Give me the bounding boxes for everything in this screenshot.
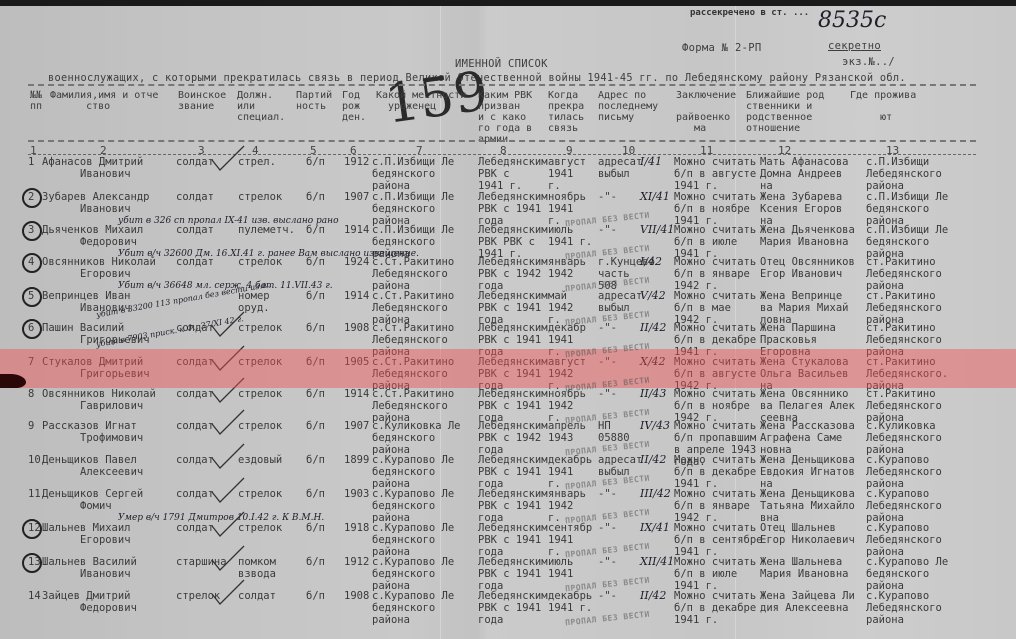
cell-live: с.Куликовка Лебедянского района xyxy=(866,420,942,456)
circled-row-number xyxy=(22,188,42,208)
checkmark-icon xyxy=(208,442,248,472)
cell-rvk: Лебедянским РВК с 1941 года xyxy=(478,356,548,392)
cell-party: б/п xyxy=(306,290,325,302)
cell-year: 1914 xyxy=(344,388,369,400)
handwritten-date-mark: XII/41 xyxy=(640,556,674,568)
cell-name1: Афанасов Дмитрий xyxy=(42,156,143,168)
cell-n: 14 xyxy=(28,590,41,602)
cell-addr: -"- xyxy=(598,191,617,203)
cell-party: б/п xyxy=(306,356,325,368)
declassified-stamp: рассекречено в ст. ... xyxy=(690,8,809,18)
cell-name2: Гаврилович xyxy=(80,400,143,412)
cell-rank: солдат xyxy=(176,224,214,236)
form-label: Форма № 2-РП xyxy=(682,42,761,54)
col-header-6: Год рож ден. xyxy=(342,90,366,123)
cell-party: б/п xyxy=(306,590,325,602)
cell-relative: Жена Овсяннико ва Пелагея Алек сеевна xyxy=(760,388,855,424)
cell-rvk: Лебедянским РВК с 1941 г. xyxy=(478,156,548,192)
handwritten-date-mark: X/42 xyxy=(640,356,666,368)
cell-party: б/п xyxy=(306,322,325,334)
cell-live: ст.Ракитино Лебедянского района xyxy=(866,322,942,358)
cell-lost: июль 1941 xyxy=(548,556,573,580)
cell-live: с.Курапово Лебедянского района xyxy=(866,590,942,626)
col-header-2: Фамилия,имя и отче ство xyxy=(50,90,158,112)
cell-origin: с.Ст.Ракитино Лебедянского района xyxy=(372,290,454,326)
col-header-5: Партий ность xyxy=(296,90,332,112)
col-header-11: Заключение райвоенко ма xyxy=(676,90,736,134)
handwritten-date-mark: IX/41 xyxy=(640,522,670,534)
cell-origin: с.П.Избищи Ле бедянского района xyxy=(372,156,454,192)
cell-relative: Отец Шальнев Егор Николаевич xyxy=(760,522,855,546)
cell-addr: -"- xyxy=(598,224,617,236)
cell-party: б/п xyxy=(306,256,325,268)
cell-concl: Можно считать б/п в ноябре 1942 г. xyxy=(674,388,756,424)
cell-year: 1908 xyxy=(344,322,369,334)
cell-rvk: Лебедянским РВК РВК с 1941 г. xyxy=(478,224,548,260)
cell-relative: Жена Вепринце ва Мария Михай ловна xyxy=(760,290,849,326)
torn-edge xyxy=(0,374,26,388)
cell-year: 1899 xyxy=(344,454,369,466)
circled-row-number xyxy=(22,221,42,241)
cell-n: 7 xyxy=(28,356,34,368)
cell-party: б/п xyxy=(306,420,325,432)
cell-live: ст.Ракитино Лебедянского района xyxy=(866,256,942,292)
divider-line xyxy=(28,140,976,142)
handwritten-date-mark: I/41 xyxy=(640,156,662,168)
secrecy-label: секретно xyxy=(828,40,881,52)
cell-concl: Можно считать б/п в июле 1941 г. xyxy=(674,556,756,592)
cell-relative: Отец Овсянников Егор Иванович xyxy=(760,256,855,280)
cell-origin: с.Курапово Ле бедянского района xyxy=(372,522,454,558)
cell-live: с.Курапово Лебедянского района xyxy=(866,522,942,558)
cell-year: 1903 xyxy=(344,488,369,500)
cell-party: б/п xyxy=(306,156,325,168)
cell-n: 9 xyxy=(28,420,34,432)
cell-party: б/п xyxy=(306,556,325,568)
checkmark-icon xyxy=(208,544,248,574)
col-header-3: Воинское звание xyxy=(178,90,226,112)
cell-concl: Можно считать б/п в августе 1941 г. xyxy=(674,156,756,192)
handwritten-date-mark: IV/43 xyxy=(640,420,670,432)
cell-addr: -"- xyxy=(598,522,617,534)
cell-live: с.Курапово Лебедянского района xyxy=(866,454,942,490)
cell-n: 1 xyxy=(28,156,34,168)
cell-name2: Федорович xyxy=(80,236,137,248)
cell-concl: Можно считать б/п в августе 1942 г. xyxy=(674,356,756,392)
cell-name2: Федорович xyxy=(80,602,137,614)
cell-origin: с.Курапово Ле бедянского района xyxy=(372,454,454,490)
cell-rank: солдат xyxy=(176,256,214,268)
col-header-4: Должн. или специал. xyxy=(237,90,285,123)
cell-origin: с.Ст.Ракитино Лебедянского района xyxy=(372,322,454,358)
cell-relative: Мать Афанасова Домна Андреев на xyxy=(760,156,849,192)
cell-concl: Можно считать б/п в декабре 1941 г. xyxy=(674,322,756,358)
cell-name1: Овсянников Николай xyxy=(42,388,156,400)
cell-addr: адресат выбыл xyxy=(598,156,642,180)
cell-origin: с.П.Избищи Ле бедянского района xyxy=(372,191,454,227)
document-sheet: рассекречено в ст. ... 8535с Форма № 2-Р… xyxy=(0,6,1016,639)
cell-name1: Деньщиков Сергей xyxy=(42,488,143,500)
col-header-8: Каким РВК призван и с како го года в арм… xyxy=(478,90,532,145)
cell-party: б/п xyxy=(306,388,325,400)
cell-relative: Жена Рассказова Аграфена Саме новна xyxy=(760,420,855,456)
cell-origin: с.Курапово Ле бедянского района xyxy=(372,488,454,524)
handwritten-date-mark: V/42 xyxy=(640,290,666,302)
cell-name2: Иванович xyxy=(80,168,131,180)
cell-relative: Жена Деньщикова Евдокия Игнатов на xyxy=(760,454,855,490)
checkmark-icon xyxy=(208,476,248,506)
circled-row-number xyxy=(22,519,42,539)
cell-live: ст.Ракитино Лебедянского района xyxy=(866,388,942,424)
handwritten-date-mark: II/42 xyxy=(640,454,666,466)
col-header-9: Когда прекра тилась связь xyxy=(548,90,584,134)
cell-rvk: Лебедянским РВК с 1941 года xyxy=(478,191,548,227)
handwritten-date-mark: II/42 xyxy=(640,590,666,602)
cell-party: б/п xyxy=(306,454,325,466)
handwritten-archive-number: 8535с xyxy=(818,8,886,33)
checkmark-icon xyxy=(208,578,248,608)
cell-name1: Шальнев Михаил xyxy=(42,522,131,534)
cell-addr: -"- xyxy=(598,388,617,400)
col-header-13: Где прожива ют xyxy=(850,90,916,123)
cell-rvk: Лебедянским РВК с 1942 года xyxy=(478,420,548,456)
checkmark-icon xyxy=(208,510,248,540)
cell-name1: Стукалов Дмитрий xyxy=(42,356,143,368)
cell-name1: Рассказов Игнат xyxy=(42,420,137,432)
divider-line xyxy=(28,154,976,155)
cell-rvk: Лебедянским РВК с 1941 года xyxy=(478,522,548,558)
col-header-7: Какой местности уроженец xyxy=(376,90,466,112)
checkmark-icon xyxy=(208,310,248,340)
circled-row-number xyxy=(22,319,42,339)
col-header-12: Ближайшие род ственники и родственное от… xyxy=(746,90,824,134)
cell-year: 1905 xyxy=(344,356,369,368)
cell-year: 1907 xyxy=(344,420,369,432)
cell-role: стрелок xyxy=(238,191,282,203)
cell-name1: Зайцев Дмитрий xyxy=(42,590,131,602)
cell-n: 11 xyxy=(28,488,41,500)
cell-addr: -"- xyxy=(598,488,617,500)
cell-relative: Жена Деньщикова Татьяна Михайло вна xyxy=(760,488,855,524)
cell-addr: -"- xyxy=(598,590,617,602)
cell-n: 10 xyxy=(28,454,41,466)
cell-year: 1914 xyxy=(344,290,369,302)
cell-relative: Жена Паршина Прасковья Егоровна xyxy=(760,322,836,358)
cell-addr: -"- xyxy=(598,356,617,368)
cell-role: стрелок xyxy=(238,256,282,268)
cell-name2: Фомич xyxy=(80,500,112,512)
cell-name2: Иванович xyxy=(80,568,131,580)
cell-name2: Трофимович xyxy=(80,432,143,444)
cell-concl: Можно считать б/п в январе 1942 г. xyxy=(674,488,756,524)
cell-origin: с.Куликовка Ле бедянского района xyxy=(372,420,461,456)
cell-name2: Егорович xyxy=(80,268,131,280)
cell-name1: Овсянников Николай xyxy=(42,256,156,268)
cell-relative: Жена Зубарева Ксения Егоров на xyxy=(760,191,842,227)
handwritten-date-mark: I/42 xyxy=(640,256,662,268)
checkmark-icon xyxy=(208,144,248,174)
handwritten-date-mark: XI/41 xyxy=(640,191,670,203)
cell-origin: с.Ст.Ракитино Лебедянского района xyxy=(372,388,454,424)
handwritten-date-mark: III/42 xyxy=(640,488,671,500)
cell-n: 8 xyxy=(28,388,34,400)
checkmark-icon xyxy=(208,408,248,438)
cell-rvk: Лебедянским РВК с 1941 года xyxy=(478,290,548,326)
cell-name2: Иванович xyxy=(80,203,131,215)
cell-year: 1907 xyxy=(344,191,369,203)
cell-year: 1912 xyxy=(344,556,369,568)
cell-addr: -"- xyxy=(598,322,617,334)
cell-lost: август 1941 г. xyxy=(548,156,586,192)
cell-addr: -"- xyxy=(598,556,617,568)
cell-rvk: Лебедянским РВК с 1941 года xyxy=(478,556,548,592)
circled-row-number xyxy=(22,553,42,573)
handwritten-date-mark: VII/41 xyxy=(640,224,674,236)
cell-origin: с.Ст.Ракитино Лебедянского района xyxy=(372,356,454,392)
cell-rvk: Лебедянским РВК с 1941 года xyxy=(478,388,548,424)
cell-name1: Вепринцев Иван xyxy=(42,290,131,302)
cell-live: ст.Ракитино Лебедянского района xyxy=(866,290,942,326)
cell-year: 1914 xyxy=(344,224,369,236)
cell-origin: с.Курапово Ле бедянского района xyxy=(372,590,454,626)
cell-name2: Григорьевич xyxy=(80,368,150,380)
cell-party: б/п xyxy=(306,488,325,500)
circled-row-number xyxy=(22,253,42,273)
col-header-10: Адрес по последнему письму xyxy=(598,90,658,123)
cell-name1: Шальнев Василий xyxy=(42,556,137,568)
cell-year: 1912 xyxy=(344,156,369,168)
cell-relative: Жена Зайцева Ли дия Алексеевна xyxy=(760,590,855,614)
cell-rvk: Лебедянским РВК с 1941 года xyxy=(478,590,548,626)
cell-party: б/п xyxy=(306,522,325,534)
cell-name1: Зубарев Александр xyxy=(42,191,149,203)
checkmark-icon xyxy=(208,376,248,406)
cell-live: ст.Ракитино Лебедянского. района xyxy=(866,356,948,392)
cell-rvk: Лебедянским РВК с 1941 года xyxy=(478,322,548,358)
cell-year: 1918 xyxy=(344,522,369,534)
cell-name1: Дьяченков Михаил xyxy=(42,224,143,236)
cell-live: с.Курапово Лебедянского района xyxy=(866,488,942,524)
cell-party: б/п xyxy=(306,224,325,236)
cell-concl: Можно считать б/п в июле 1941 г. xyxy=(674,224,756,260)
cell-rvk: Лебедянским РВК с 1941 года xyxy=(478,454,548,490)
col-header-1: №№ пп xyxy=(30,90,42,112)
cell-live: с.П.Избищи Ле бедянского района xyxy=(866,224,948,260)
cell-concl: Можно считать б/п в январе 1942 г. xyxy=(674,256,756,292)
cell-name2: Егорович xyxy=(80,534,131,546)
cell-rvk: Лебедянским РВК с 1941 года xyxy=(478,488,548,524)
handwritten-date-mark: II/42 xyxy=(640,322,666,334)
cell-relative: Жена Дьяченкова Мария Ивановна xyxy=(760,224,855,248)
cell-lost: декабрь 1941 г. xyxy=(548,590,592,614)
cell-concl: Можно считать б/п в сентябре 1941 г. xyxy=(674,522,763,558)
checkmark-icon xyxy=(208,344,248,374)
cell-party: б/п xyxy=(306,191,325,203)
handwritten-date-mark: II/43 xyxy=(640,388,666,400)
cell-concl: Можно считать б/п в декабре 1941 г. xyxy=(674,454,756,490)
cell-live: с.Курапово Ле бедянского района xyxy=(866,556,948,592)
cell-name1: Пашин Василий xyxy=(42,322,124,334)
cell-addr: НП 05880 xyxy=(598,420,630,444)
cell-year: 1908 xyxy=(344,590,369,602)
cell-origin: с.Ст.Ракитино Лебедянского района xyxy=(372,256,454,292)
cell-rank: солдат xyxy=(176,191,214,203)
circled-row-number xyxy=(22,287,42,307)
cell-live: с.П.Избищи Ле бедянского района xyxy=(866,191,948,227)
cell-concl: Можно считать б/п в ноябре 1941 г. xyxy=(674,191,756,227)
cell-relative: Жена Шальнева Мария Ивановна xyxy=(760,556,849,580)
cell-concl: Можно считать б/п в декабре 1941 г. xyxy=(674,590,756,626)
copy-number: экз.№../ xyxy=(842,56,895,68)
cell-live: с.П.Избищи Лебедянского района xyxy=(866,156,942,192)
cell-name2: Алексеевич xyxy=(80,466,143,478)
cell-name1: Деньщиков Павел xyxy=(42,454,137,466)
cell-origin: с.Курапово Ле бедянского района xyxy=(372,556,454,592)
cell-role: пулеметч. xyxy=(238,224,295,236)
divider-line xyxy=(28,84,976,86)
cell-rvk: Лебедянским РВК с 1942 года xyxy=(478,256,548,292)
cell-concl: Можно считать б/п в мае 1942 г. xyxy=(674,290,756,326)
cell-year: 1924 xyxy=(344,256,369,268)
cell-relative: Жена Стукалова Ольга Васильев на xyxy=(760,356,849,392)
